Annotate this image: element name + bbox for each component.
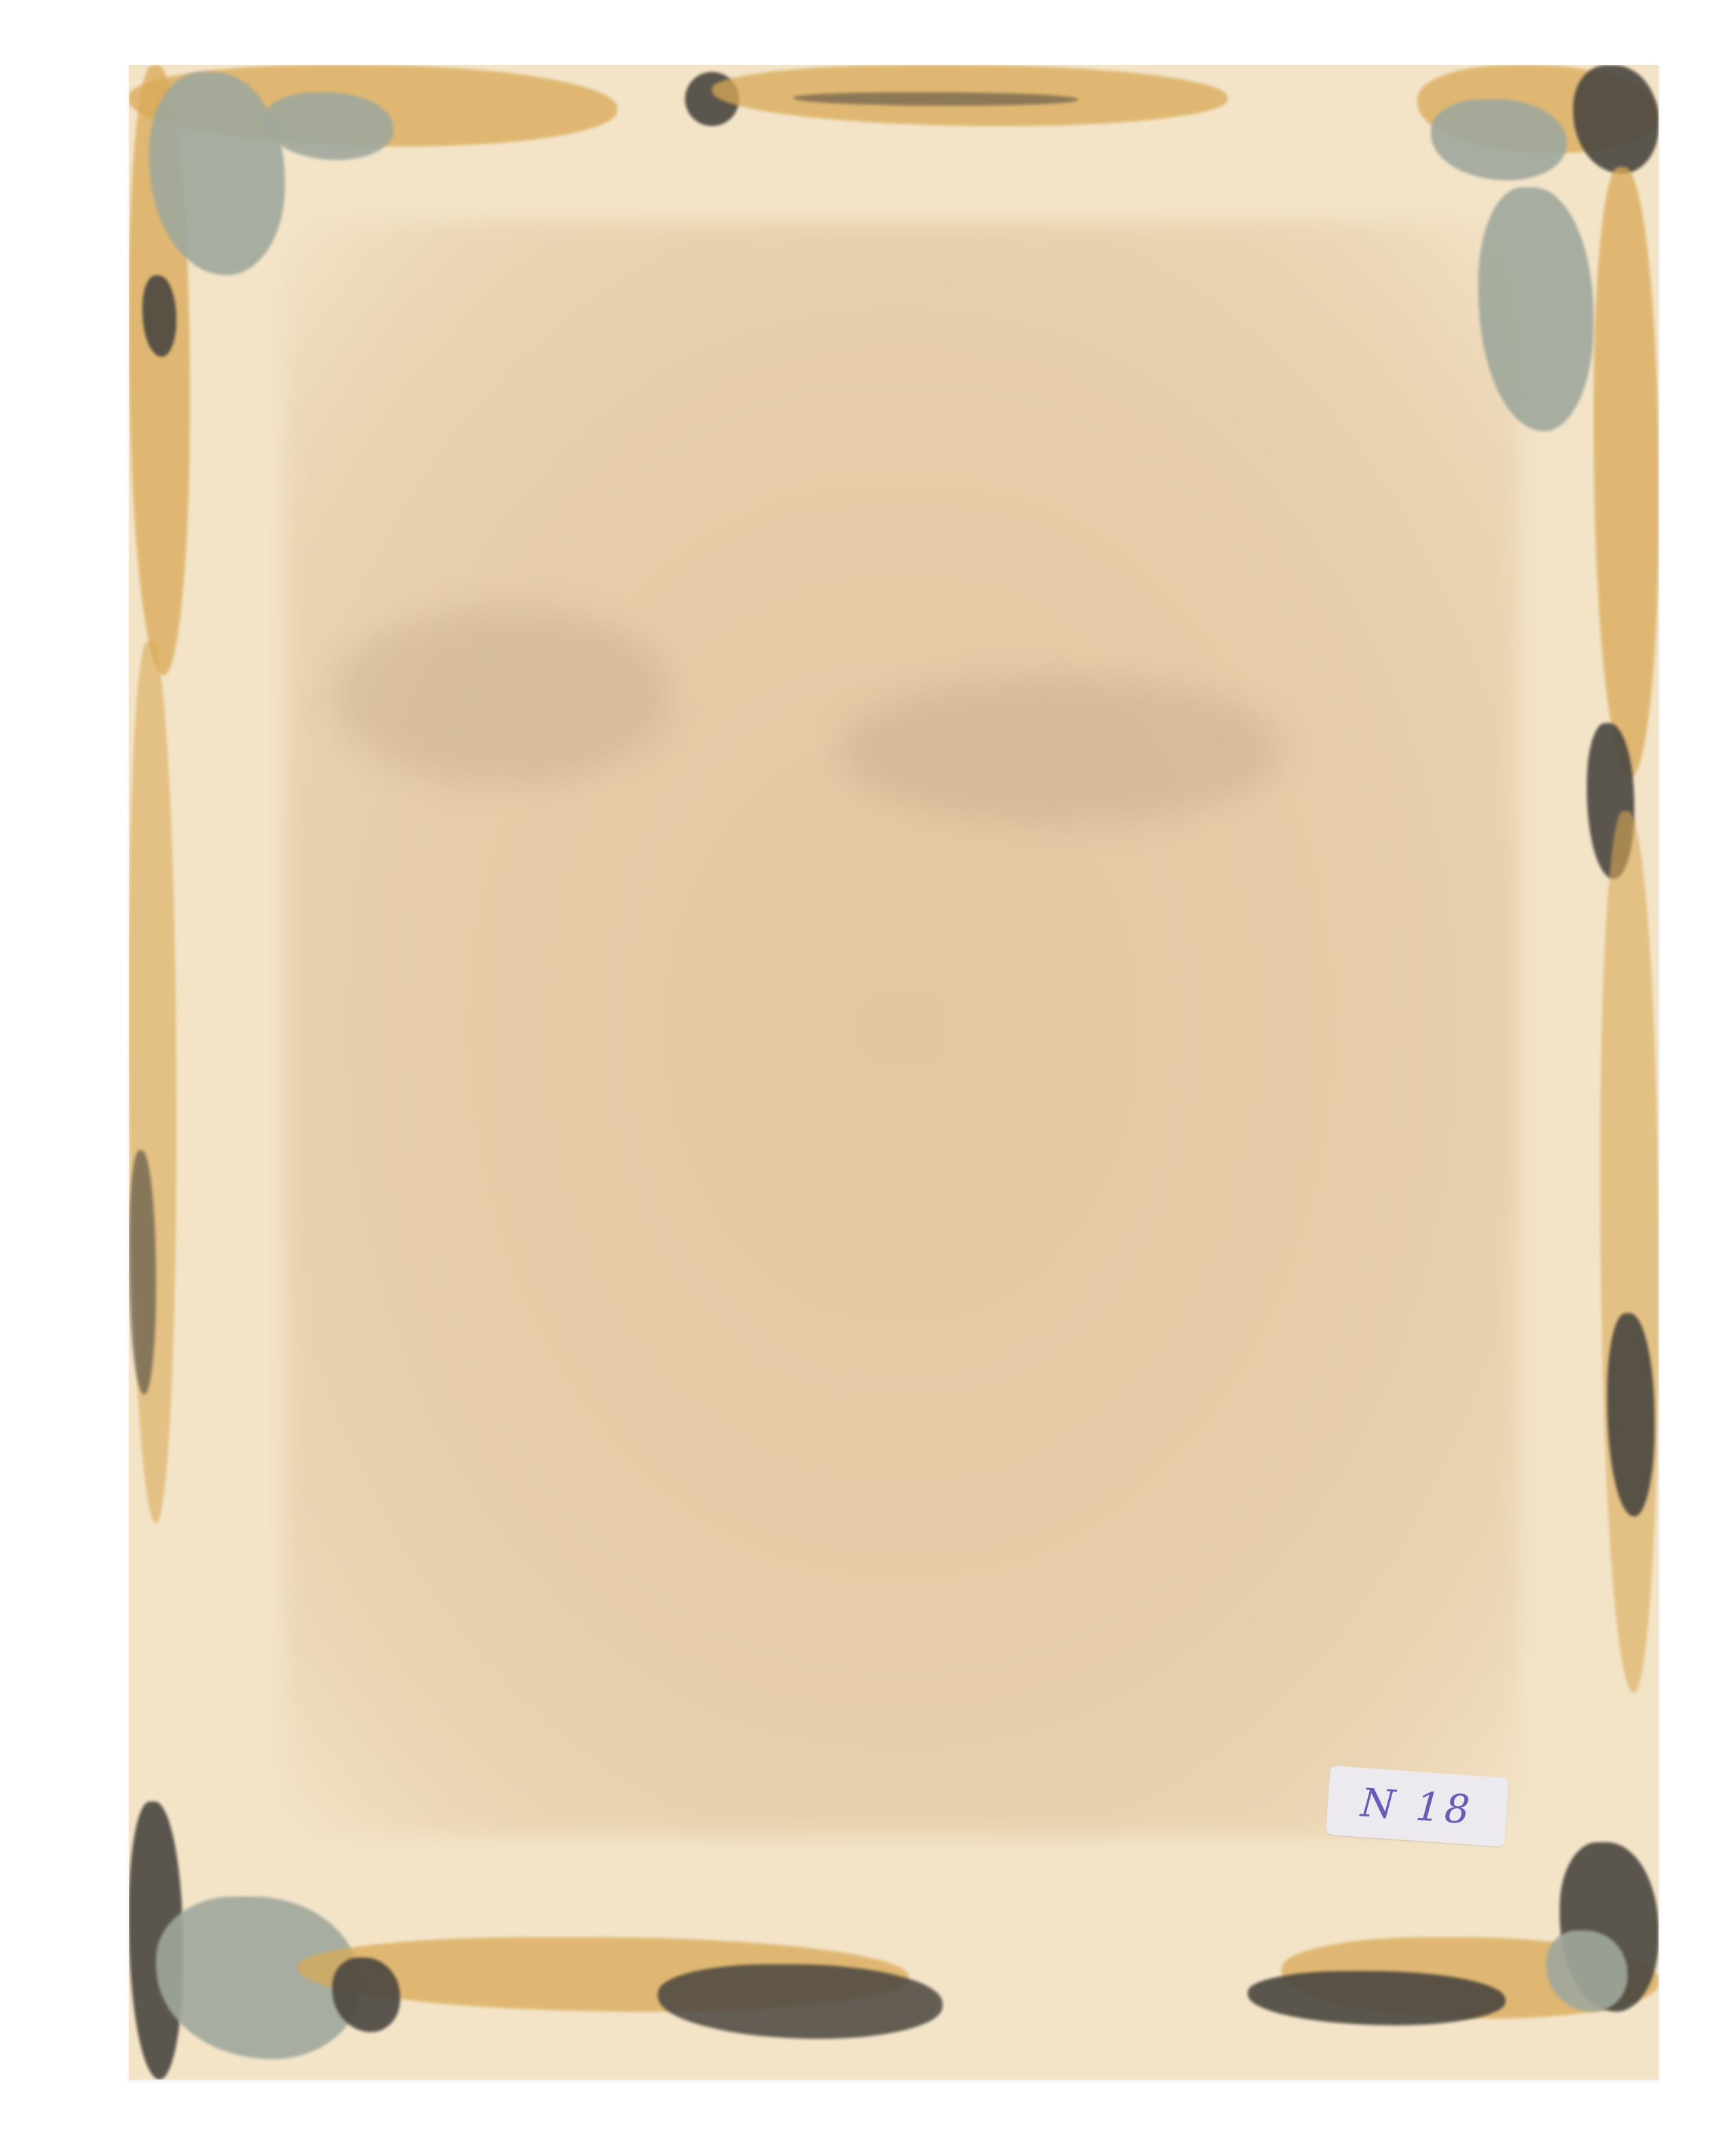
center-stain [285,221,1519,1835]
smudge [841,676,1282,825]
edge-stain [1248,1971,1505,2025]
edge-stain [1573,65,1659,174]
edge-stain [658,1964,943,2039]
label-text: N 18 [1359,1779,1475,1833]
edge-stain [264,92,393,160]
edge-stain [1431,99,1566,180]
edge-stain [129,642,176,1523]
edge-stain [1600,811,1659,1693]
smudge [332,608,671,784]
edge-stain [1594,167,1659,777]
inventory-label: N 18 [1326,1766,1509,1847]
